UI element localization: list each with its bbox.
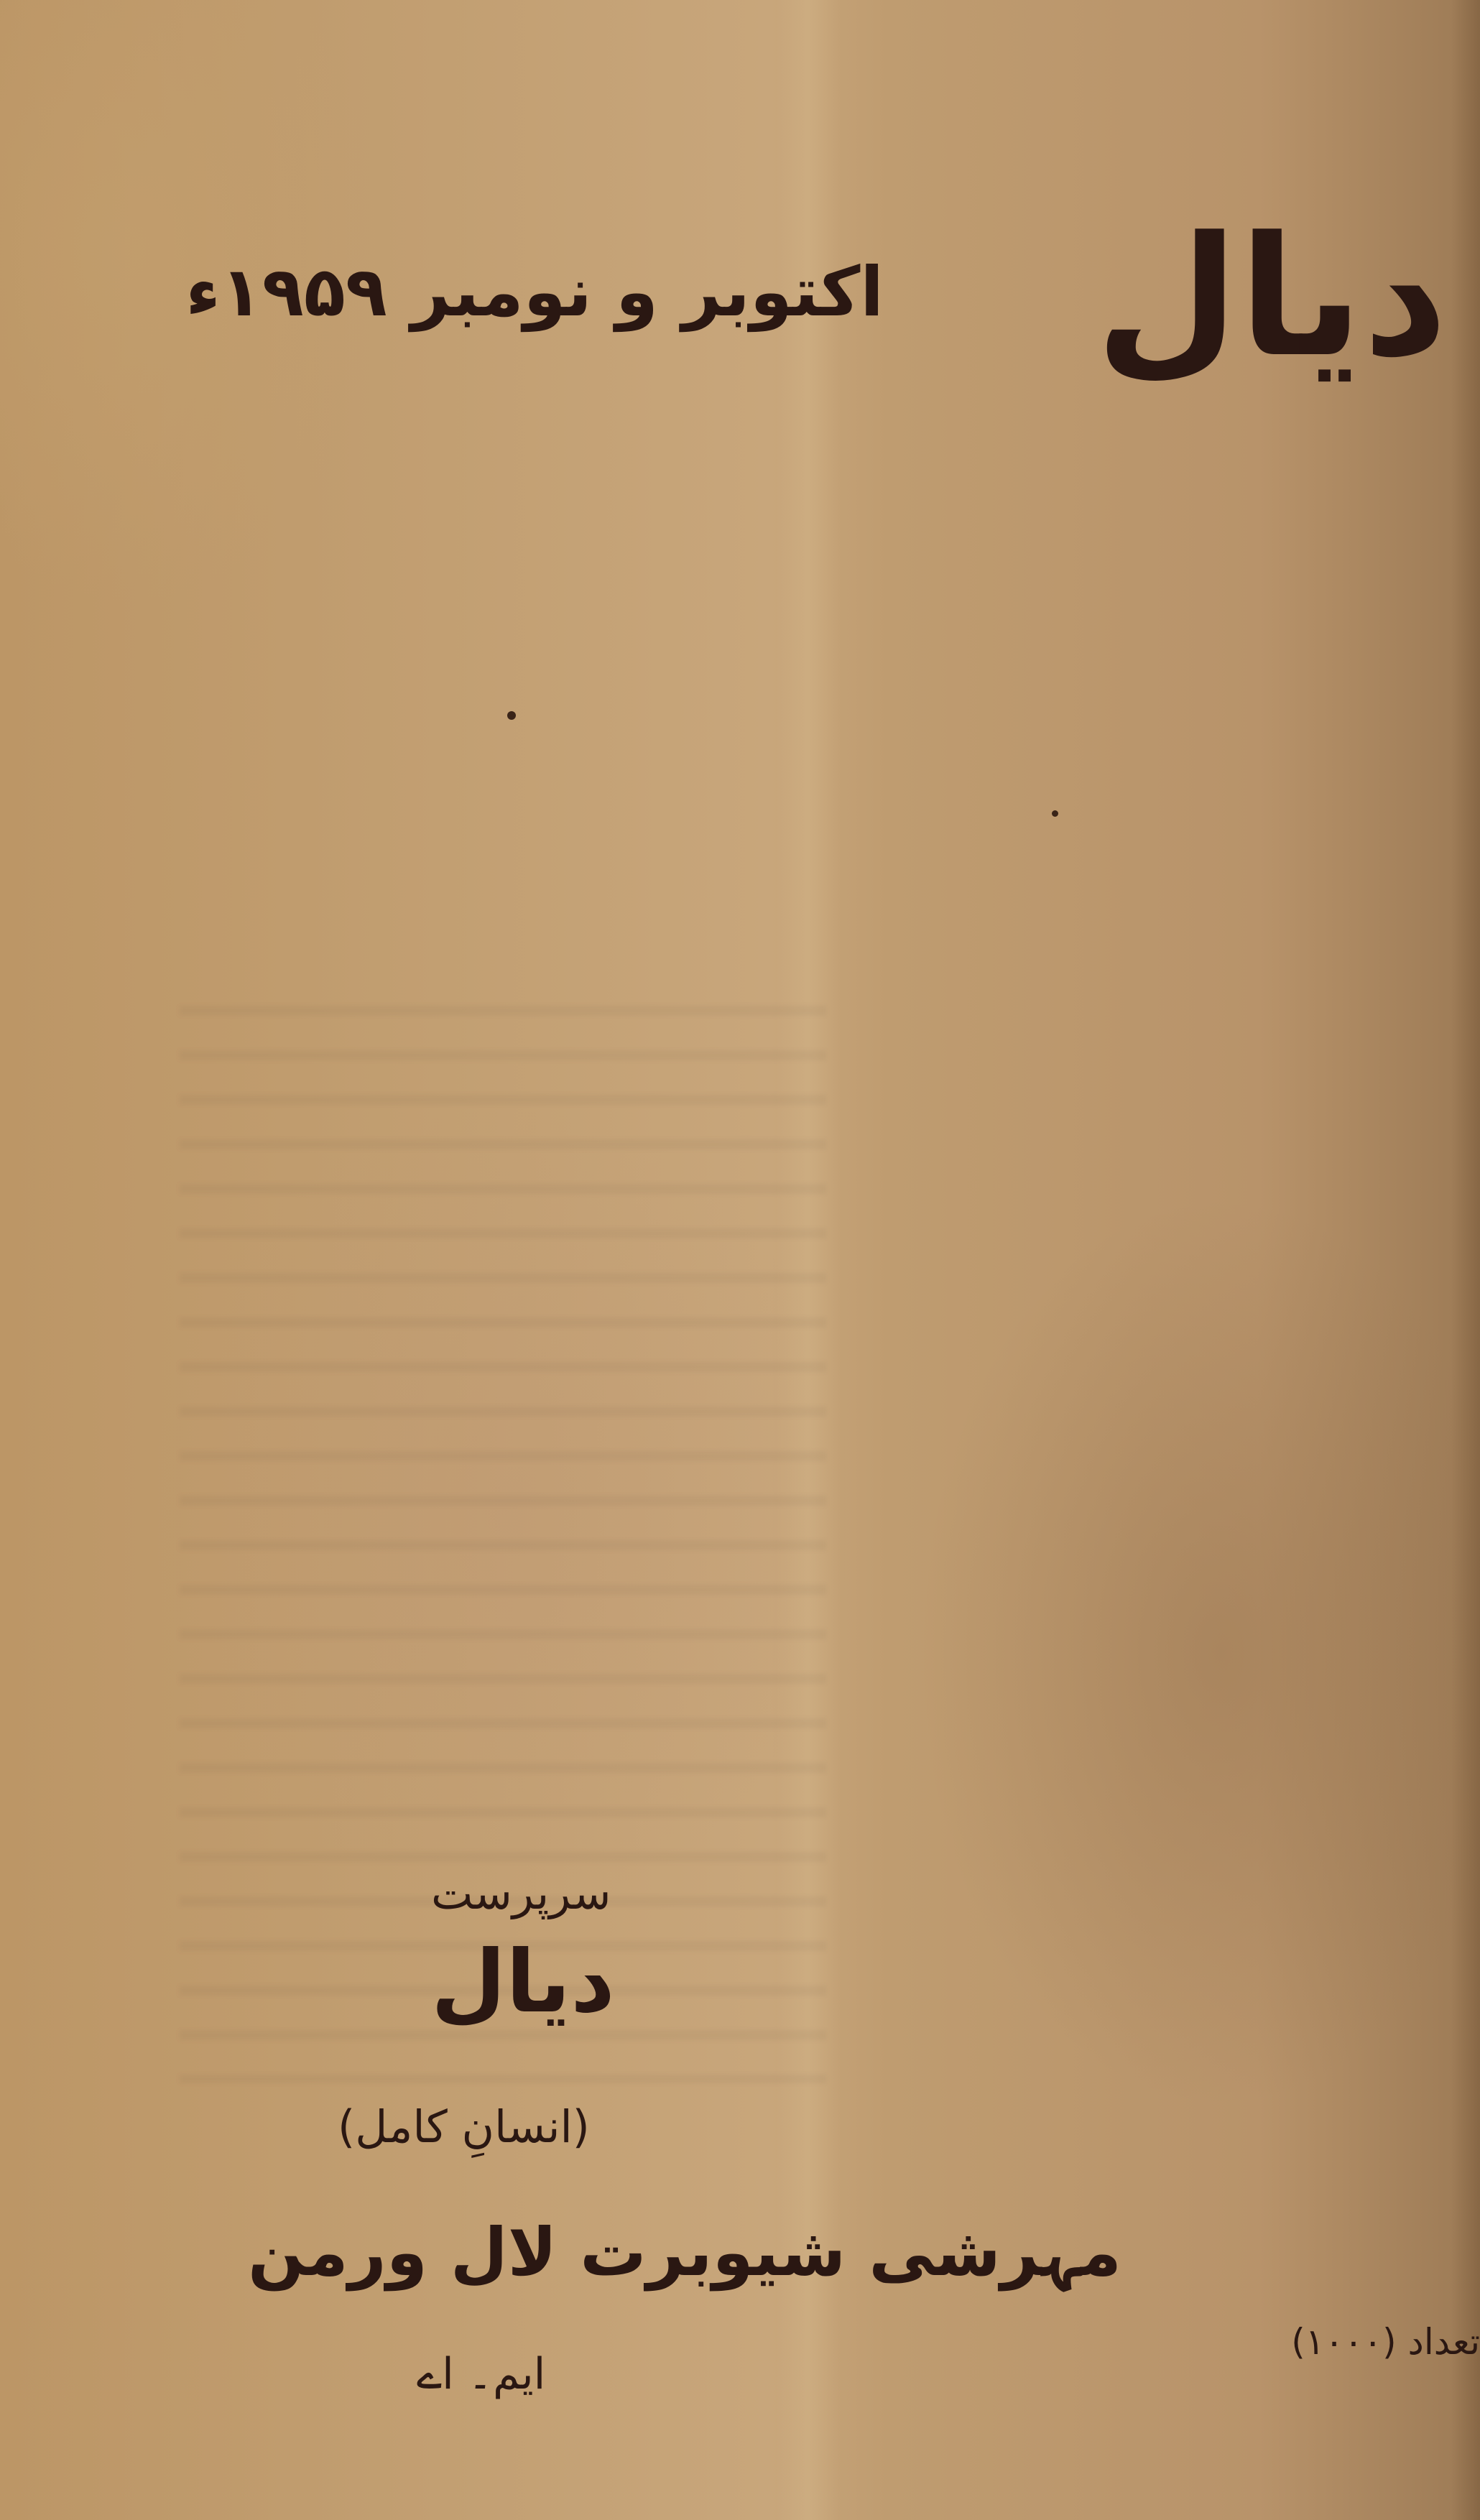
patron-label: سرپرست: [431, 1871, 611, 1916]
editor-name: مہرشی شیوبرت لال ورمن: [248, 2220, 1121, 2286]
scanned-page: دیال اکتوبر و نومبر ۱۹۵۹ء سرپرست دیال (ا…: [0, 0, 1480, 2520]
patron-title: (انسانِ کامل): [338, 2105, 590, 2149]
issue-date: اکتوبر و نومبر ۱۹۵۹ء: [185, 251, 884, 333]
show-through-text: [180, 1006, 826, 2083]
page-edge-shadow: [1451, 0, 1480, 2520]
ink-speck: [1052, 810, 1058, 817]
patron-name: دیال: [431, 1940, 615, 2026]
print-run-count: تعداد (۱۰۰۰): [1291, 2324, 1480, 2360]
editor-degree: ایم۔ اے: [417, 2353, 545, 2396]
masthead-title: دیال: [1096, 216, 1448, 381]
ink-speck: [507, 711, 516, 720]
